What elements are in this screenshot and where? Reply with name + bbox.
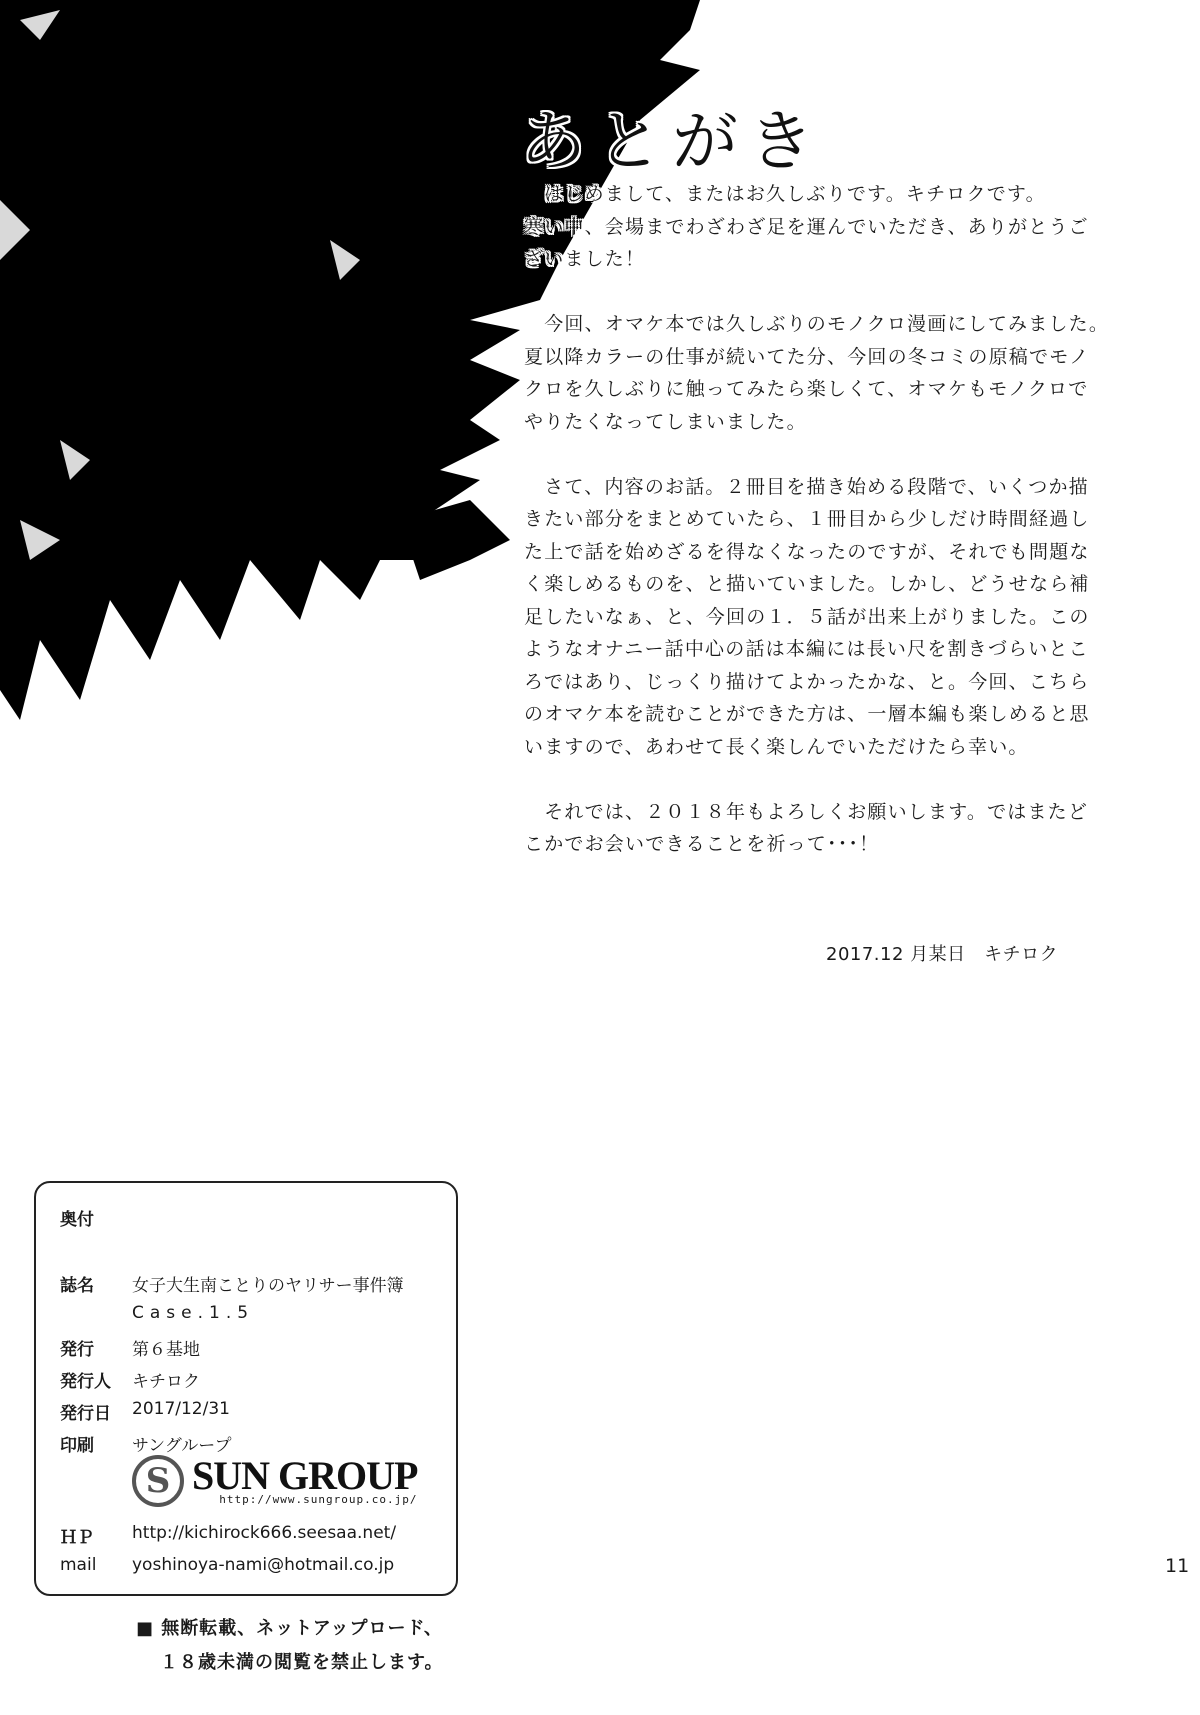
sun-group-logo: S SUN GROUP http://www.sungroup.co.jp/: [132, 1455, 417, 1507]
text-line: きたい部分をまとめていたら、１冊目から少しだけ時間経過し: [524, 503, 1064, 536]
text-line: のオマケ本を読むことができた方は、一層本編も楽しめると思: [524, 698, 1064, 731]
row-value: 女子大生南ことりのヤリサー事件簿: [132, 1271, 404, 1296]
row-label: mail: [60, 1555, 132, 1575]
notice-line: 無断転載、ネットアップロード、: [161, 1618, 443, 1639]
text-line: 夏以降カラーの仕事が続いてた分、今回の冬コミの原稿でモノ: [524, 341, 1064, 374]
colophon-row-publisher: 発行 第６基地: [60, 1335, 200, 1360]
paragraph-greeting: はじめまして、またはお久しぶりです。キチロクです。 寒い中、会場までわざわざ足を…: [524, 178, 1064, 276]
afterword-body: はじめまして、またはお久しぶりです。キチロクです。 寒い中、会場までわざわざ足を…: [524, 178, 1064, 893]
paragraph-monochrome: 今回、オマケ本では久しぶりのモノクロ漫画にしてみました。 夏以降カラーの仕事が続…: [524, 308, 1064, 438]
row-value: キチロク: [132, 1367, 200, 1392]
text-line: いますので、あわせて長く楽しんでいただけたら幸い。: [524, 731, 1064, 764]
page-number: 11: [1165, 1555, 1189, 1577]
colophon-heading: 奥付: [60, 1205, 94, 1230]
sun-group-logo-icon: S: [132, 1455, 184, 1507]
paragraph-closing: それでは、２０１８年もよろしくお願いします。ではまたど こかでお会いできることを…: [524, 796, 1064, 861]
text-line: く楽しめるものを、と描いていました。しかし、どうせなら補: [524, 568, 1064, 601]
text-line: はじめまして、またはお久しぶりです。キチロクです。: [524, 178, 1064, 211]
homepage-link[interactable]: http://kichirock666.seesaa.net/: [132, 1523, 396, 1548]
text-line: やりたくなってしまいました。: [524, 406, 1064, 439]
row-label: 発行: [60, 1335, 132, 1360]
colophon-row-mail: mail yoshinoya-nami@hotmail.co.jp: [60, 1555, 394, 1575]
page-title: あとがき: [520, 88, 824, 183]
colophon-row-homepage: ＨＰ http://kichirock666.seesaa.net/: [60, 1523, 396, 1548]
text-line: クロを久しぶりに触ってみたら楽しくて、オマケもモノクロで: [524, 373, 1064, 406]
text-line: それでは、２０１８年もよろしくお願いします。ではまたど: [524, 796, 1064, 829]
colophon-box: 奥付 誌名 女子大生南ことりのヤリサー事件簿 Case.1.5 発行 第６基地 …: [34, 1181, 458, 1596]
text-line: 寒い中、会場までわざわざ足を運んでいただき、ありがとうご: [524, 211, 1064, 244]
row-value: 2017/12/31: [132, 1399, 230, 1424]
text-line: ろではあり、じっくり描けてよかったかな、と。今回、こちら: [524, 666, 1064, 699]
email-link[interactable]: yoshinoya-nami@hotmail.co.jp: [132, 1555, 394, 1575]
colophon-row-subtitle: Case.1.5: [60, 1303, 254, 1323]
row-value: 第６基地: [132, 1335, 200, 1360]
row-label: 印刷: [60, 1431, 132, 1456]
row-label: ＨＰ: [60, 1523, 132, 1548]
row-label: 誌名: [60, 1271, 132, 1296]
row-label: 発行日: [60, 1399, 132, 1424]
colophon-row-title: 誌名 女子大生南ことりのヤリサー事件簿: [60, 1271, 404, 1296]
square-bullet-icon: ■: [136, 1618, 154, 1639]
text-line: 今回、オマケ本では久しぶりのモノクロ漫画にしてみました。: [524, 308, 1064, 341]
notice-line: １８歳未満の閲覧を禁止します。: [136, 1646, 444, 1680]
row-label: 発行人: [60, 1367, 132, 1392]
text-line: た上で話を始めざるを得なくなったのですが、それでも問題な: [524, 536, 1064, 569]
logo-name: SUN GROUP: [192, 1457, 417, 1495]
text-line: こかでお会いできることを祈って･･･！: [524, 828, 1064, 861]
text-line: さて、内容のお話。２冊目を描き始める段階で、いくつか描: [524, 471, 1064, 504]
colophon-row-date: 発行日 2017/12/31: [60, 1399, 230, 1424]
colophon-row-author: 発行人 キチロク: [60, 1367, 200, 1392]
text-line: ざいました！: [524, 243, 1064, 276]
logo-url: http://www.sungroup.co.jp/: [192, 1493, 417, 1506]
prohibition-notice: ■ 無断転載、ネットアップロード、 １８歳未満の閲覧を禁止します。: [136, 1612, 444, 1680]
text-line: 足したいなぁ、と、今回の１．５話が出来上がりました。この: [524, 601, 1064, 634]
row-value: Case.1.5: [132, 1303, 254, 1323]
text-line: ようなオナニー話中心の話は本編には長い尺を割きづらいとこ: [524, 633, 1064, 666]
row-label: [60, 1303, 132, 1323]
signature-date: 2017.12 月某日 キチロク: [826, 940, 1058, 966]
paragraph-content: さて、内容のお話。２冊目を描き始める段階で、いくつか描 きたい部分をまとめていた…: [524, 471, 1064, 764]
